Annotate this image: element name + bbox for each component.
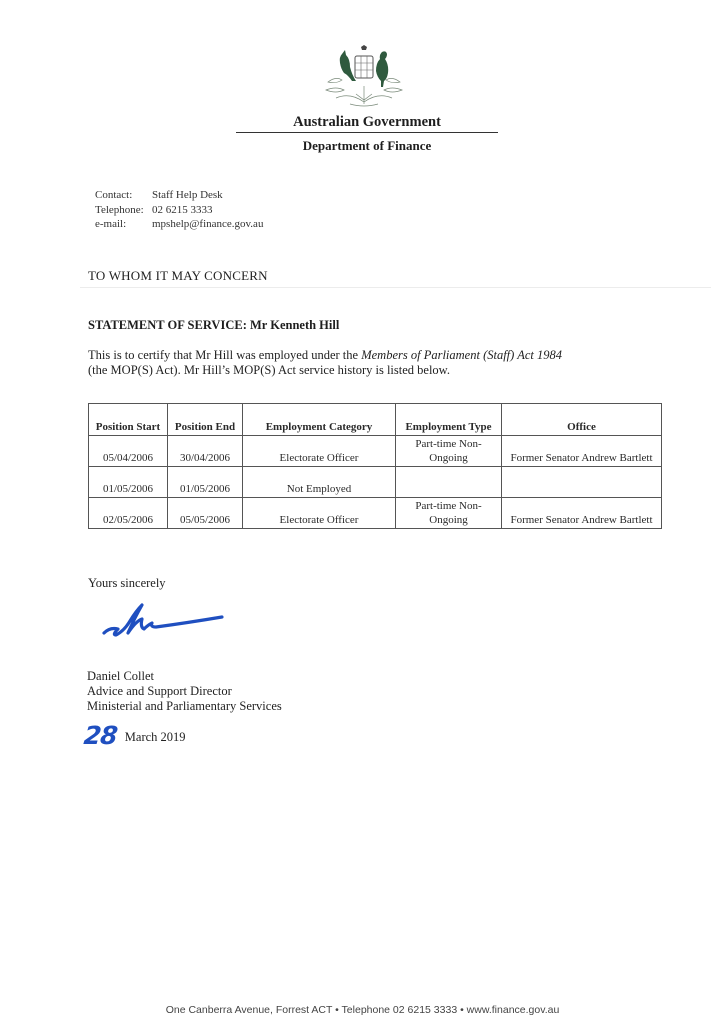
cell-office: Former Senator Andrew Bartlett [502,436,662,467]
statement-title: STATEMENT OF SERVICE: Mr Kenneth Hill [88,318,339,333]
email-row: e-mail: mpshelp@finance.gov.au [95,217,263,232]
table-row: 01/05/2006 01/05/2006 Not Employed [89,467,662,498]
header-position-end: Position End [168,404,243,436]
email-label: e-mail: [95,217,152,232]
cell-category: Electorate Officer [243,498,396,529]
body-text-end: (the MOP(S) Act). Mr Hill’s MOP(S) Act s… [88,363,450,377]
cell-end: 05/05/2006 [168,498,243,529]
handwritten-day: 28 [83,723,119,749]
cell-type [396,467,502,498]
contact-block: Contact: Staff Help Desk Telephone: 02 6… [95,188,263,232]
letterhead-divider [236,132,498,133]
header-employment-category: Employment Category [243,404,396,436]
cell-start: 05/04/2006 [89,436,168,467]
cell-start: 01/05/2006 [89,467,168,498]
cell-type: Part-time Non-Ongoing [396,498,502,529]
telephone-label: Telephone: [95,203,152,218]
telephone-row: Telephone: 02 6215 3333 [95,203,263,218]
government-title: Australian Government [236,114,498,131]
page-divider [80,287,711,288]
contact-value: Staff Help Desk [152,188,223,203]
table-header-row: Position Start Position End Employment C… [89,404,662,436]
table-row: 05/04/2006 30/04/2006 Electorate Officer… [89,436,662,467]
coat-of-arms-icon [322,44,406,110]
header-employment-type: Employment Type [396,404,502,436]
cell-office [502,467,662,498]
date-month-year: March 2019 [125,730,186,745]
footer-address: One Canberra Avenue, Forrest ACT • Telep… [0,1004,725,1016]
department-name: Department of Finance [236,138,498,154]
signer-name: Daniel Collet [87,669,282,684]
act-name: Members of Parliament (Staff) Act 1984 [361,348,562,362]
header-position-start: Position Start [89,404,168,436]
closing-line: Yours sincerely [88,576,166,591]
telephone-value: 02 6215 3333 [152,203,213,218]
letter-page: Australian Government Department of Fina… [0,0,725,1024]
statement-body: This is to certify that Mr Hill was empl… [88,348,648,378]
cell-category: Not Employed [243,467,396,498]
contact-label: Contact: [95,188,152,203]
email-link[interactable]: mpshelp@finance.gov.au [152,217,263,232]
cell-start: 02/05/2006 [89,498,168,529]
table-row: 02/05/2006 05/05/2006 Electorate Officer… [89,498,662,529]
service-history-table: Position Start Position End Employment C… [88,403,662,529]
signer-block: Daniel Collet Advice and Support Directo… [87,669,282,714]
cell-end: 30/04/2006 [168,436,243,467]
signer-division: Ministerial and Parliamentary Services [87,699,282,714]
cell-office: Former Senator Andrew Bartlett [502,498,662,529]
cell-category: Electorate Officer [243,436,396,467]
header-office: Office [502,404,662,436]
contact-row: Contact: Staff Help Desk [95,188,263,203]
salutation: TO WHOM IT MAY CONCERN [88,268,268,284]
signature-icon [98,597,226,641]
signer-title: Advice and Support Director [87,684,282,699]
body-text-start: This is to certify that Mr Hill was empl… [88,348,361,362]
cell-type: Part-time Non-Ongoing [396,436,502,467]
cell-end: 01/05/2006 [168,467,243,498]
letter-date: 28 March 2019 [84,723,186,749]
